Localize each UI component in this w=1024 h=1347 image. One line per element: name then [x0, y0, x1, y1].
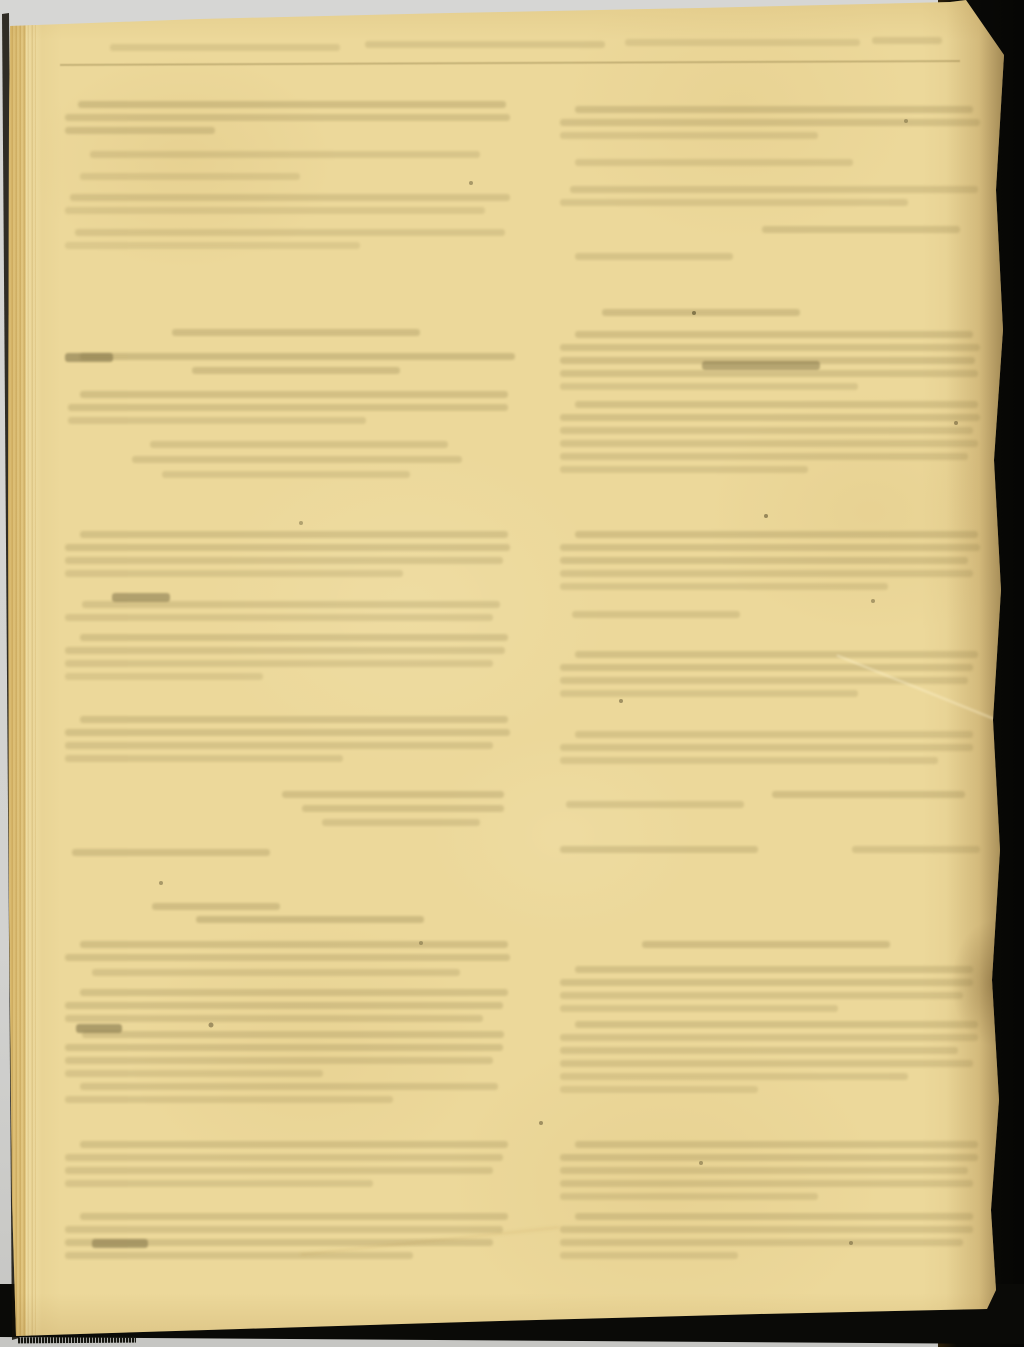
faded-text-line	[65, 1002, 503, 1009]
faded-text-line	[150, 441, 448, 448]
faded-text-line	[82, 1031, 504, 1038]
faded-text-line	[80, 634, 508, 641]
faded-text-line	[80, 989, 508, 996]
faded-text-line	[65, 570, 403, 577]
faded-text-line	[566, 801, 744, 808]
faded-text-line	[575, 159, 853, 166]
faded-ink-blot	[65, 353, 113, 362]
faded-text-line	[80, 391, 508, 398]
faded-text-line	[560, 1073, 908, 1080]
faded-text-line	[560, 1193, 818, 1200]
faded-text-line	[575, 106, 973, 113]
paper-texture	[0, 0, 1024, 1347]
faded-text-line	[560, 370, 978, 377]
faded-text-line	[80, 1141, 508, 1148]
running-head-rule	[60, 60, 960, 66]
faded-text-line	[560, 1086, 758, 1093]
faded-text-line	[560, 440, 978, 447]
faded-text-line	[572, 611, 740, 618]
faded-text-line	[575, 253, 733, 260]
faded-text-line	[560, 570, 973, 577]
faded-text-line	[560, 1239, 963, 1246]
faded-text-line	[575, 531, 978, 538]
faded-text-line	[575, 1021, 978, 1028]
faded-text-line	[560, 1154, 978, 1161]
faded-text-line	[65, 729, 510, 736]
faded-text-line	[82, 601, 500, 608]
faded-text-line	[560, 846, 758, 853]
faded-text-line	[560, 427, 973, 434]
faded-text-line	[560, 357, 975, 364]
faded-text-line	[172, 329, 420, 336]
faded-text-line	[560, 757, 938, 764]
faded-text-line	[68, 417, 366, 424]
faded-text-line	[762, 226, 960, 233]
faded-text-line	[560, 992, 963, 999]
faded-text-line	[110, 44, 340, 51]
paper-crease	[837, 654, 1014, 727]
faded-text-line	[65, 1070, 323, 1077]
faded-text-line	[560, 466, 808, 473]
faded-text-line	[65, 1154, 503, 1161]
faded-text-line	[80, 941, 508, 948]
faded-text-line	[560, 1047, 958, 1054]
faded-text-line	[575, 651, 978, 658]
faded-text-line	[192, 367, 400, 374]
faded-text-line	[80, 1083, 498, 1090]
faded-text-line	[302, 805, 504, 812]
faded-text-line	[65, 1096, 393, 1103]
faded-text-line	[560, 544, 980, 551]
faded-text-line	[560, 1005, 838, 1012]
faded-text-line	[65, 1015, 483, 1022]
faded-text-line	[560, 344, 980, 351]
faded-text-line	[65, 544, 510, 551]
faded-text-line	[80, 531, 508, 538]
faded-text-line	[575, 331, 973, 338]
faded-text-line	[625, 39, 860, 46]
faded-text-line	[560, 1226, 973, 1233]
faded-text-line	[560, 453, 968, 460]
faded-text-line	[570, 186, 978, 193]
faded-text-line	[65, 647, 505, 654]
faded-text-line	[872, 37, 942, 44]
faded-text-line	[575, 966, 973, 973]
faded-text-line	[72, 849, 270, 856]
faded-text-line	[65, 755, 343, 762]
scanner-edge-code	[18, 1337, 136, 1344]
faded-text-line	[322, 819, 480, 826]
faded-ink-blot	[112, 593, 170, 602]
faded-text-line	[560, 583, 888, 590]
faded-text-line	[560, 1060, 973, 1067]
faded-text-line	[65, 127, 215, 134]
faded-text-line	[65, 242, 360, 249]
faded-text-line	[80, 1213, 508, 1220]
page-curl-highlight	[26, 0, 42, 1347]
faded-text-line	[852, 846, 980, 853]
faded-text-line	[65, 207, 485, 214]
faded-text-line	[65, 742, 493, 749]
faded-text-line	[575, 731, 973, 738]
faded-text-line	[90, 151, 480, 158]
faded-text-line	[560, 744, 973, 751]
paper-crease	[301, 1226, 560, 1255]
faded-text-line	[65, 1226, 503, 1233]
faded-text-line	[132, 456, 462, 463]
faded-text-line	[65, 1252, 413, 1259]
faded-text-line	[70, 194, 510, 201]
faded-text-line	[80, 716, 508, 723]
faded-text-line	[65, 673, 263, 680]
faded-text-line	[65, 660, 493, 667]
faded-text-line	[162, 471, 410, 478]
scanned-page	[0, 0, 1024, 1347]
faded-text-line	[65, 1180, 373, 1187]
faded-text-line	[78, 101, 506, 108]
faded-text-line	[282, 791, 504, 798]
faded-ink-blot	[92, 1239, 148, 1248]
faded-ink-blot	[702, 361, 820, 370]
faded-text-line	[65, 1044, 503, 1051]
faded-text-line	[80, 173, 300, 180]
faded-text-line	[65, 954, 510, 961]
faded-text-line	[575, 1213, 973, 1220]
faded-text-line	[560, 1167, 968, 1174]
faded-text-line	[196, 916, 424, 923]
faded-text-line	[560, 414, 980, 421]
faded-text-line	[75, 229, 505, 236]
faded-text-line	[602, 309, 800, 316]
faded-text-line	[560, 664, 973, 671]
faded-text-line	[560, 132, 818, 139]
faded-text-line	[92, 969, 460, 976]
faded-text-line	[560, 677, 968, 684]
faded-text-line	[80, 353, 515, 360]
faded-text-line	[772, 791, 965, 798]
faded-text-line	[560, 557, 968, 564]
faded-text-line	[65, 614, 493, 621]
faded-ink-blot	[76, 1024, 122, 1033]
faded-text-line	[560, 1252, 738, 1259]
faded-text-line	[68, 404, 508, 411]
faded-text-line	[560, 979, 973, 986]
faded-text-line	[365, 41, 605, 48]
faded-text-line	[560, 1180, 973, 1187]
faded-text-line	[65, 557, 503, 564]
faded-text-line	[642, 941, 890, 948]
faded-text-line	[560, 199, 908, 206]
faded-text-line	[65, 1167, 493, 1174]
faded-text-line	[65, 1057, 493, 1064]
faded-text-line	[65, 1239, 493, 1246]
faded-text-line	[560, 690, 858, 697]
faded-text-line	[560, 119, 980, 126]
scanner-bed	[0, 0, 1024, 1347]
faded-text-line	[560, 383, 858, 390]
foxing-specks	[0, 0, 2, 2]
faded-text-line	[575, 1141, 978, 1148]
faded-text-line	[560, 1034, 978, 1041]
faded-text-line	[65, 114, 510, 121]
faded-text-line	[575, 401, 978, 408]
faded-text-line	[152, 903, 280, 910]
